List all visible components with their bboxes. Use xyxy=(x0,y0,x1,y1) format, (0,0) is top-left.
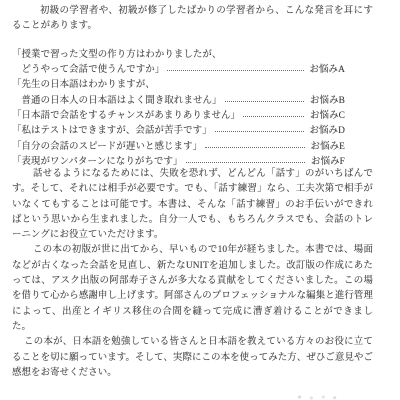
revision-acknowledgement-paragraph: この本の初版が世に出てから、早いもので10年が経ちました。本書では、場面などが古… xyxy=(12,243,373,335)
dotted-leader xyxy=(225,101,304,102)
dotted-leader xyxy=(186,162,306,163)
complaint-row: 「日本語で会話をするチャンスがあまりありません」 お悩みC xyxy=(12,106,345,121)
complaint-row: 「私はテストはできますが、会話が苦手です」 お悩みD xyxy=(12,121,345,136)
complaint-row: 普通の日本人の日本語はよく聞き取れません」 お悩みB xyxy=(12,90,345,105)
complaint-text: 「私はテストはできますが、会話が苦手です」 xyxy=(12,122,212,136)
complaint-label: お悩みB xyxy=(310,92,345,106)
dotted-leader xyxy=(243,116,304,117)
dotted-leader xyxy=(205,147,304,148)
intro-paragraph: 初級の学習者や、初級が修了したばかりの学習者から、こんな発言を耳にすることがあり… xyxy=(12,4,373,35)
complaint-text: 普通の日本人の日本語はよく聞き取れません」 xyxy=(12,92,222,106)
complaint-text: 「先生の日本語はわかりますが、 xyxy=(12,76,155,90)
page-content: 初級の学習者や、初級が修了したばかりの学習者から、こんな発言を耳にすることがあり… xyxy=(0,0,400,381)
complaint-text: 「自分の会話のスピードが遅いと感じます」 xyxy=(12,138,202,152)
complaint-text: 「日本語で会話をするチャンスがあまりありません」 xyxy=(12,107,240,121)
cutoff-text-fragment xyxy=(296,395,340,400)
complaint-label: お悩みE xyxy=(311,138,345,152)
complaint-label: お悩みD xyxy=(310,122,346,136)
complaint-label: お悩みA xyxy=(310,61,346,75)
complaint-label: お悩みC xyxy=(310,107,345,121)
dotted-leader xyxy=(215,131,304,132)
complaint-row: どうやって会話で使うんですか」 お悩みA xyxy=(12,60,345,75)
complaint-row: 「先生の日本語はわかりますが、 xyxy=(12,75,345,90)
complaint-row: 「授業で習った文型の作り方はわかりましたが、 xyxy=(12,45,345,60)
closing-paragraph: この本が、日本語を勉強している皆さんと日本語を教えている方々のお役に立てることを… xyxy=(12,335,373,381)
complaint-text: 「表現がワンパターンになりがちです」 xyxy=(12,153,183,167)
complaints-list: 「授業で習った文型の作り方はわかりましたが、 どうやって会話で使うんですか」 お… xyxy=(12,45,345,167)
complaint-row: 「表現がワンパターンになりがちです」 お悩みF xyxy=(12,152,345,167)
dotted-leader xyxy=(167,70,303,71)
complaint-text: 「授業で習った文型の作り方はわかりましたが、 xyxy=(12,46,222,60)
complaint-row: 「自分の会話のスピードが遅いと感じます」 お悩みE xyxy=(12,136,345,151)
complaint-label: お悩みF xyxy=(311,153,345,167)
speaking-practice-paragraph: 話せるようになるためには、失敗を恐れず、どんどん「話す」のがいちばんです。そして… xyxy=(12,167,373,243)
complaint-text: どうやって会話で使うんですか」 xyxy=(12,61,164,75)
book-page: 初級の学習者や、初級が修了したばかりの学習者から、こんな発言を耳にすることがあり… xyxy=(0,0,400,400)
